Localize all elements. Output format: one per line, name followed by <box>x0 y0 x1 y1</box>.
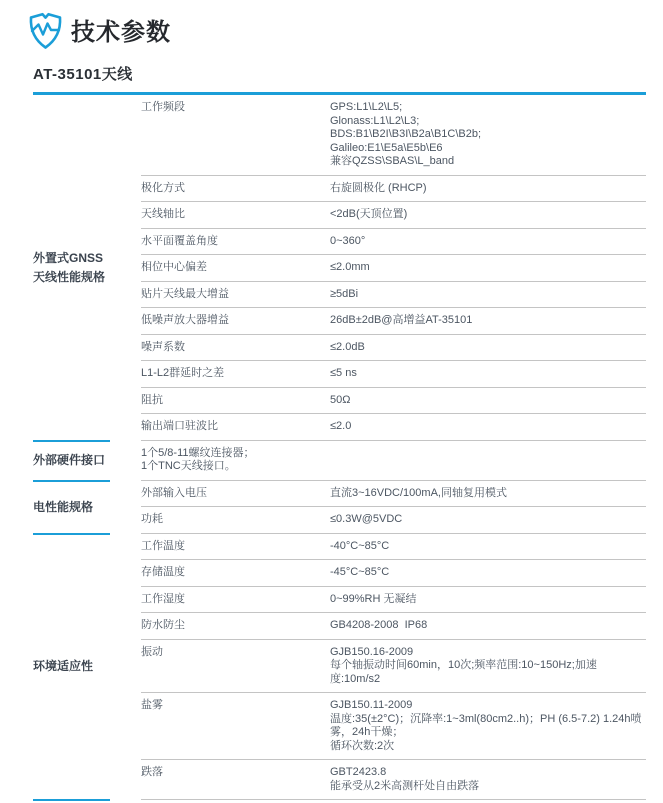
param-name: 工作湿度 <box>141 593 330 607</box>
param-name: L1-L2群延时之差 <box>141 367 330 381</box>
param-name: 工作频段 <box>141 101 330 169</box>
spec-section: 电性能规格 外部输入电压 直流3~16VDC/100mA,同轴复用模式 功耗 ≤… <box>33 481 646 534</box>
param-name: 防水防尘 <box>141 619 330 633</box>
table-row: 贴片天线最大增益 ≥5dBi <box>141 282 646 309</box>
spec-section: 外部硬件接口 1个5/8-11螺纹连接器； 1个TNC天线接口。 <box>33 441 646 481</box>
param-name: 噪声系数 <box>141 341 330 355</box>
section-label-cell: 环境适应性 <box>33 534 141 801</box>
param-name: 跌落 <box>141 766 330 793</box>
param-value: 0~99%RH 无凝结 <box>330 593 646 607</box>
section-label: 外置式GNSS 天线性能规格 <box>33 249 105 286</box>
param-name: 贴片天线最大增益 <box>141 288 330 302</box>
table-row: 天线轴比 <2dB(天顶位置) <box>141 202 646 229</box>
param-value: 26dB±2dB@高增益AT-35101 <box>330 314 646 328</box>
table-row: 工作湿度 0~99%RH 无凝结 <box>141 587 646 614</box>
section-label-cell: 外置式GNSS 天线性能规格 <box>33 95 141 441</box>
param-value: ≤2.0 <box>330 420 646 434</box>
section-rows: 外部输入电压 直流3~16VDC/100mA,同轴复用模式 功耗 ≤0.3W@5… <box>141 481 646 534</box>
param-name: 外部输入电压 <box>141 487 330 501</box>
page-header: 技术参数 <box>0 0 663 50</box>
table-row: 水平面覆盖角度 0~360° <box>141 229 646 256</box>
table-row: 低噪声放大器增益 26dB±2dB@高增益AT-35101 <box>141 308 646 335</box>
param-value: GB4208-2008 IP68 <box>330 619 646 633</box>
table-row: 极化方式 右旋圆极化 (RHCP) <box>141 176 646 203</box>
section-rows: 1个5/8-11螺纹连接器； 1个TNC天线接口。 <box>141 441 646 481</box>
section-label-cell: 外部硬件接口 <box>33 441 141 481</box>
param-value: 0~360° <box>330 235 646 249</box>
table-row: 相位中心偏差 ≤2.0mm <box>141 255 646 282</box>
param-value: 右旋圆极化 (RHCP) <box>330 182 646 196</box>
product-name: AT-35101天线 <box>33 63 663 84</box>
param-value: ≥5dBi <box>330 288 646 302</box>
param-value: <2dB(天顶位置) <box>330 208 646 222</box>
section-label: 环境适应性 <box>33 657 93 676</box>
param-value: GPS:L1\L2\L5; Glonass:L1\L2\L3; BDS:B1\B… <box>330 101 646 169</box>
param-name: 工作温度 <box>141 540 330 554</box>
param-value: ≤2.0mm <box>330 261 646 275</box>
spec-section: 外置式GNSS 天线性能规格 工作频段 GPS:L1\L2\L5; Glonas… <box>33 95 646 441</box>
table-row: 工作温度 -40°C~85°C <box>141 534 646 561</box>
table-row: 振动 GJB150.16-2009 每个轴振动时间60min，10次;频率范围:… <box>141 640 646 694</box>
param-value: GJB150.16-2009 每个轴振动时间60min，10次;频率范围:10~… <box>330 646 646 687</box>
param-name: 振动 <box>141 646 330 687</box>
param-name: 输出端口驻波比 <box>141 420 330 434</box>
param-value: 直流3~16VDC/100mA,同轴复用模式 <box>330 487 646 501</box>
param-name: 极化方式 <box>141 182 330 196</box>
param-value: 50Ω <box>330 394 646 408</box>
table-row: L1-L2群延时之差 ≤5 ns <box>141 361 646 388</box>
section-label-cell: 电性能规格 <box>33 481 141 534</box>
table-row: 防水防尘 GB4208-2008 IP68 <box>141 613 646 640</box>
param-name: 盐雾 <box>141 699 330 753</box>
param-value: -45°C~85°C <box>330 566 646 580</box>
param-value: ≤5 ns <box>330 367 646 381</box>
section-label: 外部硬件接口 <box>33 451 105 470</box>
page-title: 技术参数 <box>71 12 171 47</box>
param-value: -40°C~85°C <box>330 540 646 554</box>
table-row: 盐雾 GJB150.11-2009 温度:35(±2°C)；沉降率:1~3ml(… <box>141 693 646 760</box>
param-name: 阻抗 <box>141 394 330 408</box>
param-value: 1个5/8-11螺纹连接器； 1个TNC天线接口。 <box>141 447 646 474</box>
spec-sheet-page: 技术参数 AT-35101天线 外置式GNSS 天线性能规格 工作频段 GPS:… <box>0 0 663 803</box>
param-value: GJB150.11-2009 温度:35(±2°C)；沉降率:1~3ml(80c… <box>330 699 646 753</box>
table-row: 工作频段 GPS:L1\L2\L5; Glonass:L1\L2\L3; BDS… <box>141 95 646 176</box>
param-value: ≤2.0dB <box>330 341 646 355</box>
spec-table: 外置式GNSS 天线性能规格 工作频段 GPS:L1\L2\L5; Glonas… <box>33 92 646 800</box>
section-label: 电性能规格 <box>33 498 93 517</box>
param-name: 存储温度 <box>141 566 330 580</box>
section-accent-line <box>33 799 110 801</box>
param-name: 相位中心偏差 <box>141 261 330 275</box>
table-row: 噪声系数 ≤2.0dB <box>141 335 646 362</box>
param-name: 功耗 <box>141 513 330 527</box>
table-row: 外部输入电压 直流3~16VDC/100mA,同轴复用模式 <box>141 481 646 508</box>
param-value: GBT2423.8 能承受从2米高测杆处自由跌落 <box>330 766 646 793</box>
param-name: 天线轴比 <box>141 208 330 222</box>
table-row: 功耗 ≤0.3W@5VDC <box>141 507 646 534</box>
spec-section: 环境适应性 工作温度 -40°C~85°C 存储温度 -45°C~85°C 工作… <box>33 534 646 801</box>
table-row: 存储温度 -45°C~85°C <box>141 560 646 587</box>
shield-pulse-icon <box>27 9 64 50</box>
param-name: 低噪声放大器增益 <box>141 314 330 328</box>
section-rows: 工作频段 GPS:L1\L2\L5; Glonass:L1\L2\L3; BDS… <box>141 95 646 441</box>
section-rows: 工作温度 -40°C~85°C 存储温度 -45°C~85°C 工作湿度 0~9… <box>141 534 646 801</box>
param-value: ≤0.3W@5VDC <box>330 513 646 527</box>
table-row: 跌落 GBT2423.8 能承受从2米高测杆处自由跌落 <box>141 760 646 800</box>
table-row: 输出端口驻波比 ≤2.0 <box>141 414 646 441</box>
table-row: 阻抗 50Ω <box>141 388 646 415</box>
param-name: 水平面覆盖角度 <box>141 235 330 249</box>
table-row: 1个5/8-11螺纹连接器； 1个TNC天线接口。 <box>141 441 646 481</box>
